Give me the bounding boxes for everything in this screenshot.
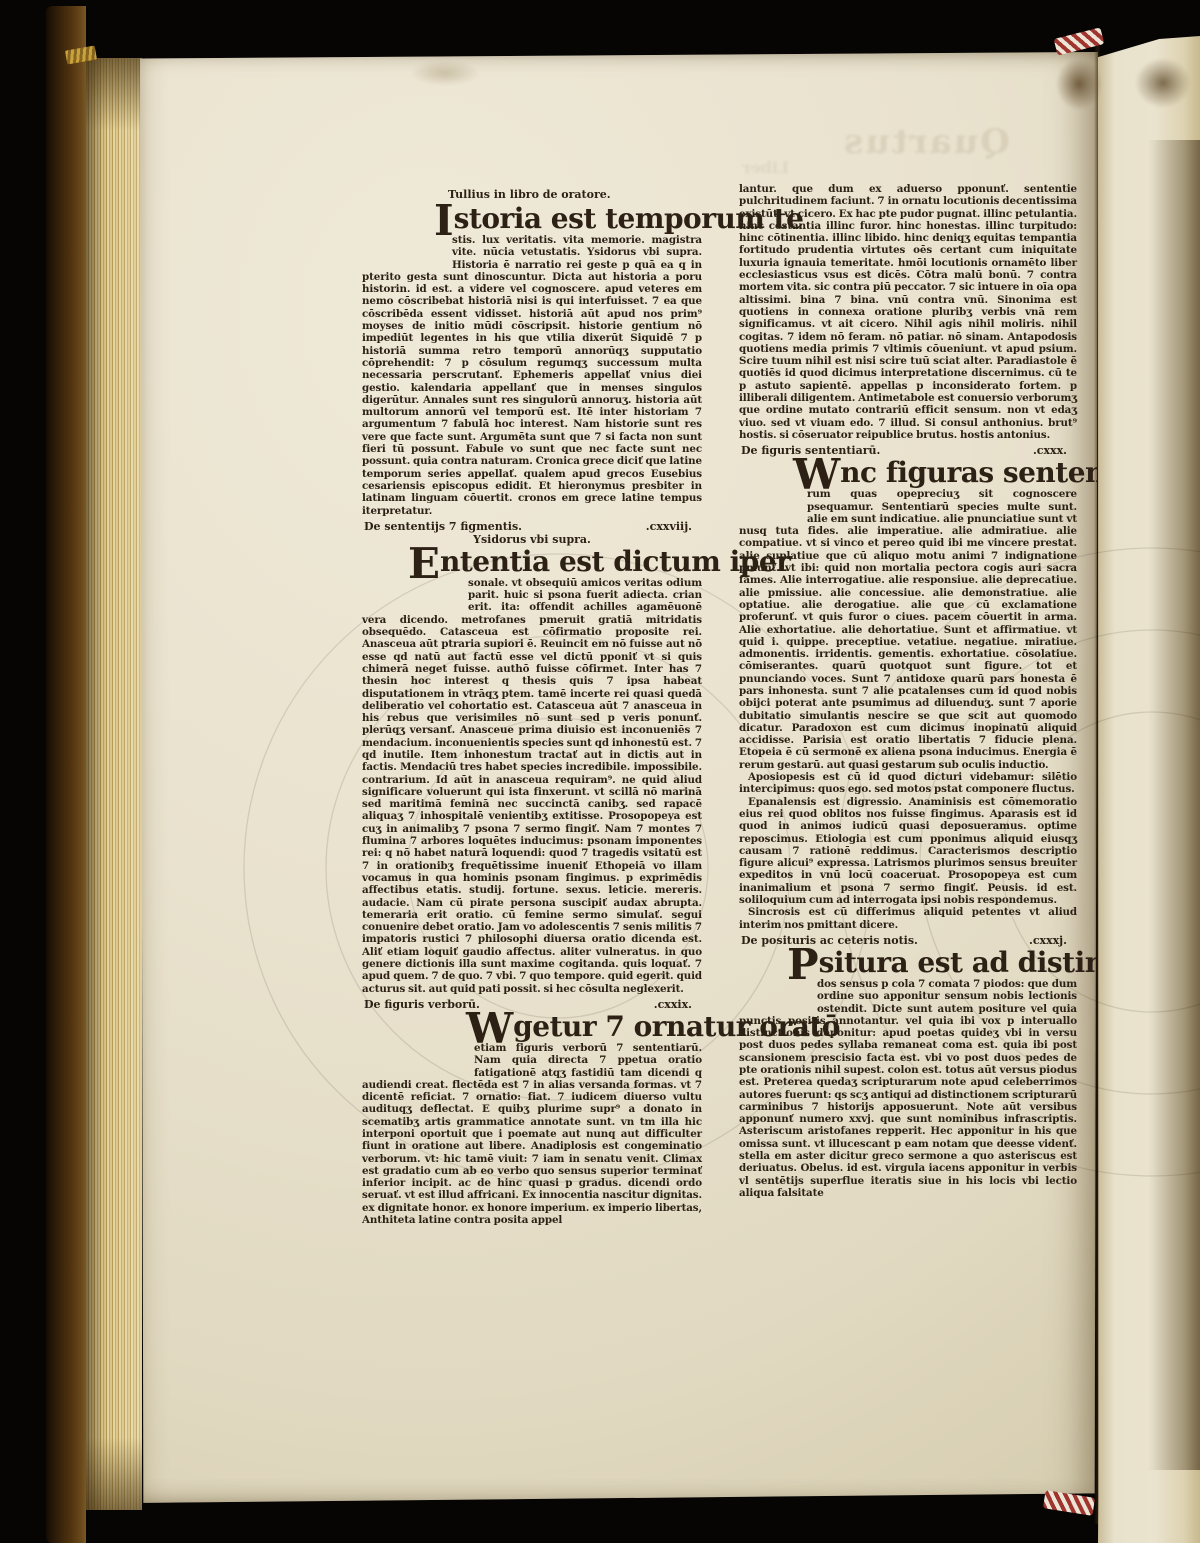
rubric-label: De sententijs 7 figmentis. <box>364 520 522 533</box>
paragraph-text: Epanalensis est digressio. Anaminisis es… <box>739 796 1077 906</box>
chapter-heading-historia: Istoria est temporum te <box>362 203 702 234</box>
facing-page-shade <box>1148 140 1200 1470</box>
heading-text: ntentia est dictum iper <box>440 545 790 578</box>
book-photograph: Tullius in libro de oratore. Istoria est… <box>0 0 1200 1543</box>
body-paragraph: etiam figuris verborū 7 sententiarū. Nam… <box>362 1042 702 1226</box>
body-paragraph: stis. lux veritatis. vita memorie. magis… <box>362 234 702 517</box>
source-line: Tullius in libro de oratore. <box>362 188 702 201</box>
paragraph-text: etiam figuris verborū 7 sententiarū. Nam… <box>362 1042 702 1226</box>
paper-stain <box>410 60 480 86</box>
paper-stain <box>1135 58 1191 108</box>
drop-initial: E <box>408 539 440 588</box>
rubric-number: .cxxviij. <box>646 520 692 533</box>
chapter-heading-augetur: Wgetur 7 ornatur oratō <box>362 1011 702 1042</box>
body-paragraph: Epanalensis est digressio. Anaminisis es… <box>739 796 1077 907</box>
chapter-heading-nunc-figuras: Wnc figuras sententia/ <box>739 457 1077 488</box>
printed-page: Tullius in libro de oratore. Istoria est… <box>140 52 1098 1505</box>
body-paragraph: rum quas opepreciuʒ sit cognoscere psequ… <box>739 488 1077 771</box>
paragraph-text: Aposiopesis est cū id quod dicturi videb… <box>739 771 1077 795</box>
text-column-left: Tullius in libro de oratore. Istoria est… <box>362 188 702 1226</box>
paragraph-text: lantur. que dum ex aduerso pponunť. sent… <box>739 183 1077 441</box>
endband-bottom <box>1043 1490 1095 1516</box>
page-block-fore-edge <box>86 58 142 1510</box>
text-column-right: lantur. que dum ex aduerso pponunť. sent… <box>739 183 1077 1199</box>
paragraph-text: Sincrosis est cū differimus aliquid pete… <box>739 906 1077 930</box>
body-paragraph: lantur. que dum ex aduerso pponunť. sent… <box>739 183 1077 441</box>
body-paragraph: sonale. vt obsequiū amicos veritas odium… <box>362 577 702 995</box>
rubric-label: De figuris verborū. <box>364 998 480 1011</box>
hang-indent <box>362 1042 474 1067</box>
paper-stain <box>1056 58 1102 110</box>
chapter-heading-positura: Psitura est ad distinguē <box>739 947 1077 978</box>
chapter-heading-sententia: Ententia est dictum iper <box>362 546 702 577</box>
paragraph-text: stis. lux veritatis. vita memorie. magis… <box>362 234 702 517</box>
drop-initial: I <box>434 196 454 245</box>
drop-initial: P <box>787 940 819 989</box>
body-paragraph: dos sensus p cola 7 comata 7 piodos: que… <box>739 978 1077 1199</box>
chapter-rubric: De figuris verborū..cxxix. <box>362 997 702 1011</box>
body-paragraph: Sincrosis est cū differimus aliquid pete… <box>739 906 1077 931</box>
paragraph-text: dos sensus p cola 7 comata 7 piodos: que… <box>739 978 1077 1199</box>
paragraph-text: rum quas opepreciuʒ sit cognoscere psequ… <box>739 488 1077 771</box>
paragraph-text: sonale. vt obsequiū amicos veritas odium… <box>362 577 702 995</box>
chapter-rubric: De sententijs 7 figmentis..cxxviij. <box>362 519 702 533</box>
body-paragraph: Aposiopesis est cū id quod dicturi videb… <box>739 771 1077 796</box>
leather-cover-edge <box>46 6 86 1543</box>
